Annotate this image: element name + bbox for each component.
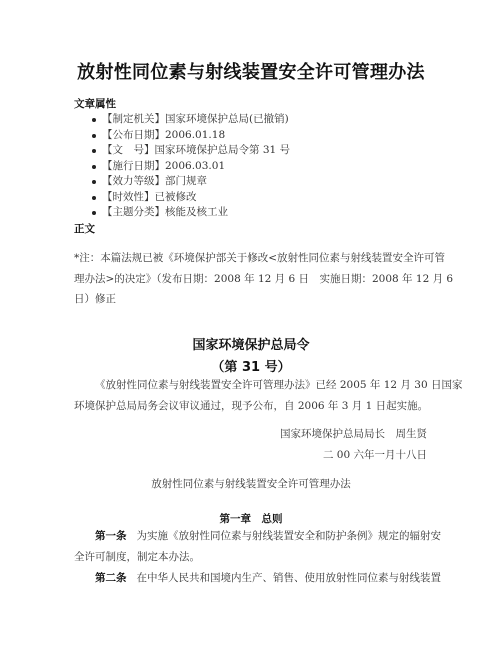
document-page: 放射性同位素与射线装置安全许可管理办法 文章属性 【制定机关】国家环境保护总局(… [0, 0, 502, 649]
chapter-heading: 第一章 总则 [0, 511, 502, 526]
article-1: 第一条为实施《放射性同位素与射线装置安全和防护条例》规定的辐射安 全许可制度，制… [74, 526, 434, 567]
order-title: 国家环境保护总局令 [0, 334, 502, 353]
amendment-note: *注：本篇法规已被《环境保护部关于修改<放射性同位素与射线装置安全许可管 理办法… [74, 248, 434, 310]
bullet-icon [92, 180, 96, 184]
article-2: 第二条在中华人民共和国境内生产、销售、使用放射性同位素与射线装置 [74, 568, 434, 589]
subtitle: 放射性同位素与射线装置安全许可管理办法 [0, 476, 502, 491]
article-number: 第二条 [95, 572, 127, 584]
attribute-item: 【施行日期】2006.03.01 [90, 159, 290, 175]
bullet-icon [92, 165, 96, 169]
bullet-icon [92, 196, 96, 200]
bullet-icon [92, 211, 96, 215]
sign-date: 二 00 六年一月十八日 [323, 447, 427, 462]
attribute-item: 【公布日期】2006.01.18 [90, 128, 290, 144]
attribute-item: 【制定机关】国家环境保护总局(已撤销) [90, 112, 290, 128]
body-heading: 正文 [74, 221, 95, 236]
attribute-item: 【文 号】国家环境保护总局令第 31 号 [90, 143, 290, 159]
attributes-list: 【制定机关】国家环境保护总局(已撤销) 【公布日期】2006.01.18 【文 … [90, 112, 290, 221]
signatory: 国家环境保护总局局长 周生贤 [280, 426, 427, 441]
bullet-icon [92, 134, 96, 138]
attribute-item: 【时效性】已被修改 [90, 190, 290, 206]
preamble: 《放射性同位素与射线装置安全许可管理办法》已经 2005 年 12 月 30 日… [74, 375, 434, 416]
bullet-icon [92, 118, 96, 122]
attribute-item: 【主题分类】核能及核工业 [90, 205, 290, 221]
order-number: （第 31 号） [0, 356, 502, 375]
document-title: 放射性同位素与射线装置安全许可管理办法 [0, 58, 502, 84]
bullet-icon [92, 149, 96, 153]
article-number: 第一条 [95, 530, 127, 542]
attributes-heading: 文章属性 [74, 96, 116, 111]
attribute-item: 【效力等级】部门规章 [90, 174, 290, 190]
